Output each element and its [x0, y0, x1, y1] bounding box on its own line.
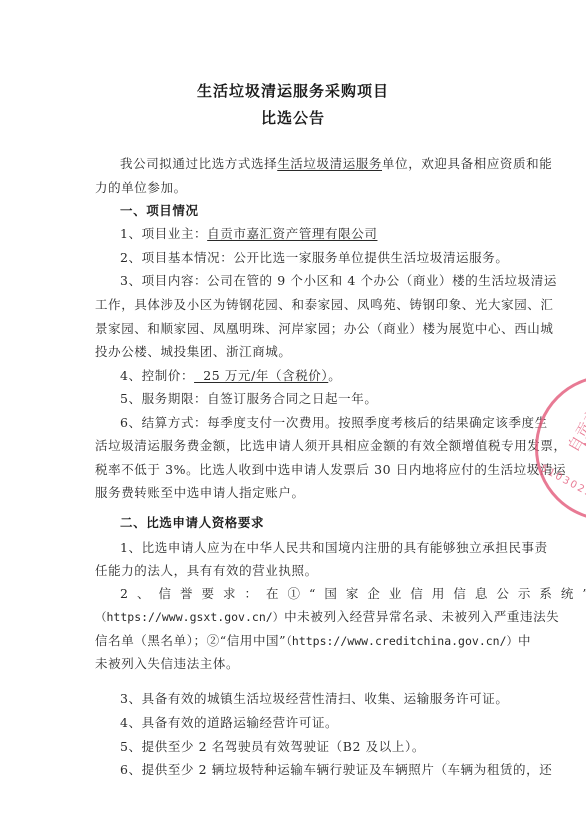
service-name: 生活垃圾清运服务 — [277, 156, 382, 171]
project-content-l3: 景家园、和顺家园、凤凰明珠、河岸家园；办公（商业）楼为展览中心、西山城 — [95, 321, 505, 337]
service-period: 5、服务期限：自签订服务合同之日起一年。 — [120, 391, 530, 407]
document-title: 生活垃圾清运服务采购项目 — [0, 80, 586, 101]
gsxt-url: （https://www.gsxt.gov.cn/） — [95, 610, 284, 624]
req1-l2: 任能力的法人，具有有效的营业执照。 — [95, 563, 505, 579]
project-owner: 1、项目业主：自贡市嘉汇资产管理有限公司 — [120, 226, 530, 242]
settlement-l1: 6、结算方式：每季度支付一次费用。按照季度考核后的结果确定该季度生 — [120, 415, 530, 431]
settlement-l3: 税率不低于 3%。比选人收到中选申请人发票后 30 日内地将应付的生活垃圾清运 — [95, 462, 505, 478]
req6-l1: 6、提供至少 2 辆垃圾特种运输车辆行驶证及车辆照片（车辆为租赁的，还 — [120, 762, 530, 778]
req2-l3: 信名单（黑名单）；②“信用中国”（https://www.creditchina… — [95, 633, 505, 649]
creditchina-url: （https://www.creditchina.gov.cn/） — [286, 634, 518, 648]
project-content-l2: 工作，具体涉及小区为铸钢花园、和泰家园、凤鸣苑、铸钢印象、光大家园、汇 — [95, 297, 505, 313]
section1-heading: 一、项目情况 — [120, 203, 530, 219]
settlement-l2: 活垃圾清运服务费金额，比选申请人须开具相应金额的有效全额增值税专用发票， — [95, 438, 505, 454]
req5: 5、提供至少 2 名驾驶员有效驾驶证（B2 及以上）。 — [120, 739, 530, 755]
project-basic: 2、项目基本情况：公开比选一家服务单位提供生活垃圾清运服务。 — [120, 250, 530, 266]
company-seal: 自贡市嘉汇资 ★ 5103025030 — [535, 375, 586, 521]
req3: 3、具备有效的城镇生活垃圾经营性清扫、收集、运输服务许可证。 — [120, 691, 530, 707]
req1-l1: 1、比选申请人应为在中华人民共和国境内注册的具有能够独立承担民事责 — [120, 540, 530, 556]
project-content-l4: 投办公楼、城投集团、浙江商城。 — [95, 344, 505, 360]
intro-paragraph: 我公司拟通过比选方式选择生活垃圾清运服务单位，欢迎具备相应资质和能 — [120, 156, 530, 172]
req2-l1: 2、信誉要求：在①“国家企业信用信息公示系统” — [120, 586, 530, 602]
star-icon: ★ — [578, 420, 586, 478]
settlement-l4: 服务费转账至中选申请人指定账户。 — [95, 485, 505, 501]
req4: 4、具备有效的道路运输经营许可证。 — [120, 715, 530, 731]
owner-name: 自贡市嘉汇资产管理有限公司 — [207, 226, 377, 241]
document-subtitle: 比选公告 — [0, 107, 586, 128]
intro-line2: 力的单位参加。 — [95, 180, 505, 196]
req2-l2: （https://www.gsxt.gov.cn/）中未被列入经营异常名录、未被… — [95, 609, 505, 625]
control-price: 4、控制价： 25 万元/年（含税价）。 — [120, 368, 530, 384]
price-value: 25 万元/年（含税价） — [194, 368, 328, 383]
req2-l4: 未被列入失信违法主体。 — [95, 656, 505, 672]
section2-heading: 二、比选申请人资格要求 — [120, 515, 530, 531]
project-content-l1: 3、项目内容：公司在管的 9 个小区和 4 个办公（商业）楼的生活垃圾清运 — [120, 273, 530, 289]
